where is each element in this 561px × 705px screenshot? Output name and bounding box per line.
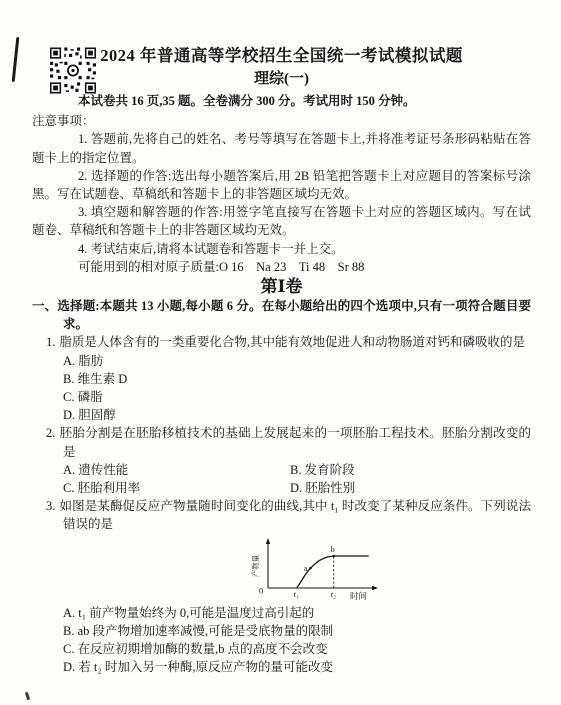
question-1-option-c: C. 磷脂	[32, 388, 531, 406]
question-3-option-c: C. 在反应初期增加酶的数量,b 点的高度不会改变	[32, 640, 531, 658]
question-2-number: 2.	[46, 426, 55, 440]
question-2-option-b: B. 发育阶段	[290, 461, 531, 479]
notice-item-4: 4. 考试结束后,请将本试题卷和答题卡一并上交。	[32, 240, 531, 258]
notice-item-2: 2. 选择题的作答:选出每小题答案后,用 2B 铅笔把答题卡上对应题目的答案标号…	[32, 167, 531, 203]
atomic-mass-line: 可能用到的相对原子质量:O 16 Na 23 Ti 48 Sr 88	[32, 258, 531, 276]
stray-pen-mark	[12, 37, 20, 82]
x-tick-t2: t₂	[331, 590, 336, 599]
notice-section: 注意事项： 1. 答题前,先将自己的姓名、考号等填写在答题卡上,并将准考证号条形…	[32, 112, 531, 276]
question-2-options: A. 遗传性能 B. 发育阶段 C. 胚胎利用率 D. 胚胎性别	[32, 461, 531, 497]
question-1-number: 1.	[46, 335, 55, 349]
notice-item-1: 1. 答题前,先将自己的姓名、考号等填写在答题卡上,并将准考证号条形码粘贴在答题…	[32, 130, 531, 166]
question-2-stem: 2.胚胎分割是在胚胎移植技术的基础上发展起来的一项胚胎工程技术。胚胎分割改变的是	[32, 424, 531, 460]
question-3-option-b: B. ab 段产物增加速率减慢,可能是受底物量的限制	[32, 622, 531, 640]
question-3: 3.如图是某酶促反应产物量随时间变化的曲线,其中 t₁ 时改变了某种反应条件。下…	[32, 497, 531, 676]
question-3-number: 3.	[46, 499, 55, 513]
question-3-option-a: A. t₁ 前产物量始终为 0,可能是温度过高引起的	[32, 604, 531, 622]
page-title: 2024 年普通高等学校招生全国统一考试模拟试题	[32, 46, 531, 66]
point-b-marker	[332, 554, 335, 557]
question-1-stem: 1.脂质是人体含有的一类重要化合物,其中能有效地促进人和动物肠道对钙和磷吸收的是	[32, 333, 531, 351]
exam-info-line: 本试卷共 16 页,35 题。全卷满分 300 分。考试用时 150 分钟。	[32, 92, 531, 110]
question-1-option-d: D. 胆固醇	[32, 406, 531, 424]
question-2-option-a: A. 遗传性能	[63, 461, 290, 479]
x-tick-t1: t₁	[294, 590, 299, 599]
point-b-label: b	[331, 545, 335, 554]
volume-heading: 第Ⅰ卷	[32, 277, 531, 296]
notice-heading: 注意事项：	[32, 112, 531, 130]
section-intro: 一、选择题:本题共 13 小题,每小题 6 分。在每小题给出的四个选项中,只有一…	[32, 297, 531, 333]
qr-code	[50, 47, 96, 94]
point-a-label: a	[304, 564, 308, 573]
question-1: 1.脂质是人体含有的一类重要化合物,其中能有效地促进人和动物肠道对钙和磷吸收的是…	[32, 333, 531, 424]
question-2-option-c: C. 胚胎利用率	[63, 479, 290, 497]
question-3-stem: 3.如图是某酶促反应产物量随时间变化的曲线,其中 t₁ 时改变了某种反应条件。下…	[32, 497, 531, 533]
question-2: 2.胚胎分割是在胚胎移植技术的基础上发展起来的一项胚胎工程技术。胚胎分割改变的是…	[32, 424, 531, 497]
notice-item-3: 3. 填空题和解答题的作答:用签字笔直接写在答题卡上对应的答题区域内。写在试题卷…	[32, 203, 531, 239]
origin-label: 0	[259, 585, 263, 595]
question-1-option-a: A. 脂肪	[32, 352, 531, 370]
page-subtitle: 理综(一)	[32, 70, 531, 88]
x-axis-label: 时间	[350, 591, 367, 601]
enzyme-reaction-chart: 产物量 时间 0 t₁ t₂ a b	[248, 536, 383, 602]
y-axis-label: 产物量	[250, 554, 260, 577]
stray-corner-mark	[25, 692, 30, 701]
product-curve	[297, 556, 369, 588]
question-3-option-d: D. 若 t₂ 时加入另一种酶,原反应产物的量可能改变	[32, 658, 531, 676]
question-1-option-b: B. 维生素 D	[32, 370, 531, 388]
exam-paper-page: 2024 年普通高等学校招生全国统一考试模拟试题 理综(一) 本试卷共 16 页…	[0, 0, 561, 705]
point-a-marker	[309, 567, 312, 570]
question-2-option-d: D. 胚胎性别	[290, 479, 531, 497]
